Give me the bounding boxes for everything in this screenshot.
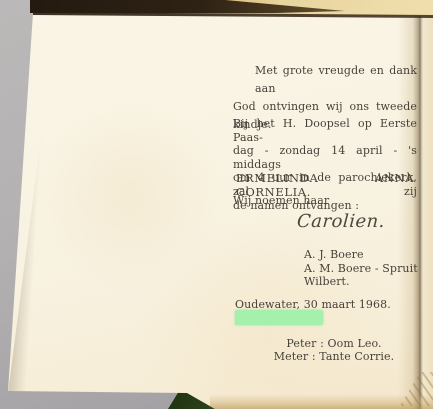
we-call-her-label: Wij noemen haar: [233, 194, 417, 207]
intro-line: Met grote vreugde en dank aan: [233, 62, 417, 98]
baptism-line: dag - zondag 14 april - 's middags: [233, 144, 417, 171]
call-name-script: Carolien.: [296, 211, 385, 232]
parents-block: A. J. Boere A. M. Boere - Spruit Wilbert…: [304, 248, 418, 289]
green-redaction-sticker: [235, 310, 323, 325]
intro-line: God ontvingen wij ons tweede: [233, 98, 417, 116]
sibling-name: Wilbert.: [304, 275, 418, 289]
parent-name: A. M. Boere - Spruit: [304, 262, 418, 276]
godparents-block: Peter : Oom Leo. Meter : Tante Corrie.: [258, 338, 410, 363]
card-bottom-edge-shading: [210, 394, 433, 409]
birth-announcement-card: Met grote vreugde en dank aan God ontvin…: [0, 0, 433, 409]
godmother-line: Meter : Tante Corrie.: [258, 351, 410, 364]
parent-name: A. J. Boere: [304, 248, 418, 262]
scanned-card-photo: Met grote vreugde en dank aan God ontvin…: [0, 0, 433, 409]
godfather-line: Peter : Oom Leo.: [258, 338, 410, 351]
baptism-line: Bij het H. Doopsel op Eerste Paas-: [233, 117, 417, 144]
